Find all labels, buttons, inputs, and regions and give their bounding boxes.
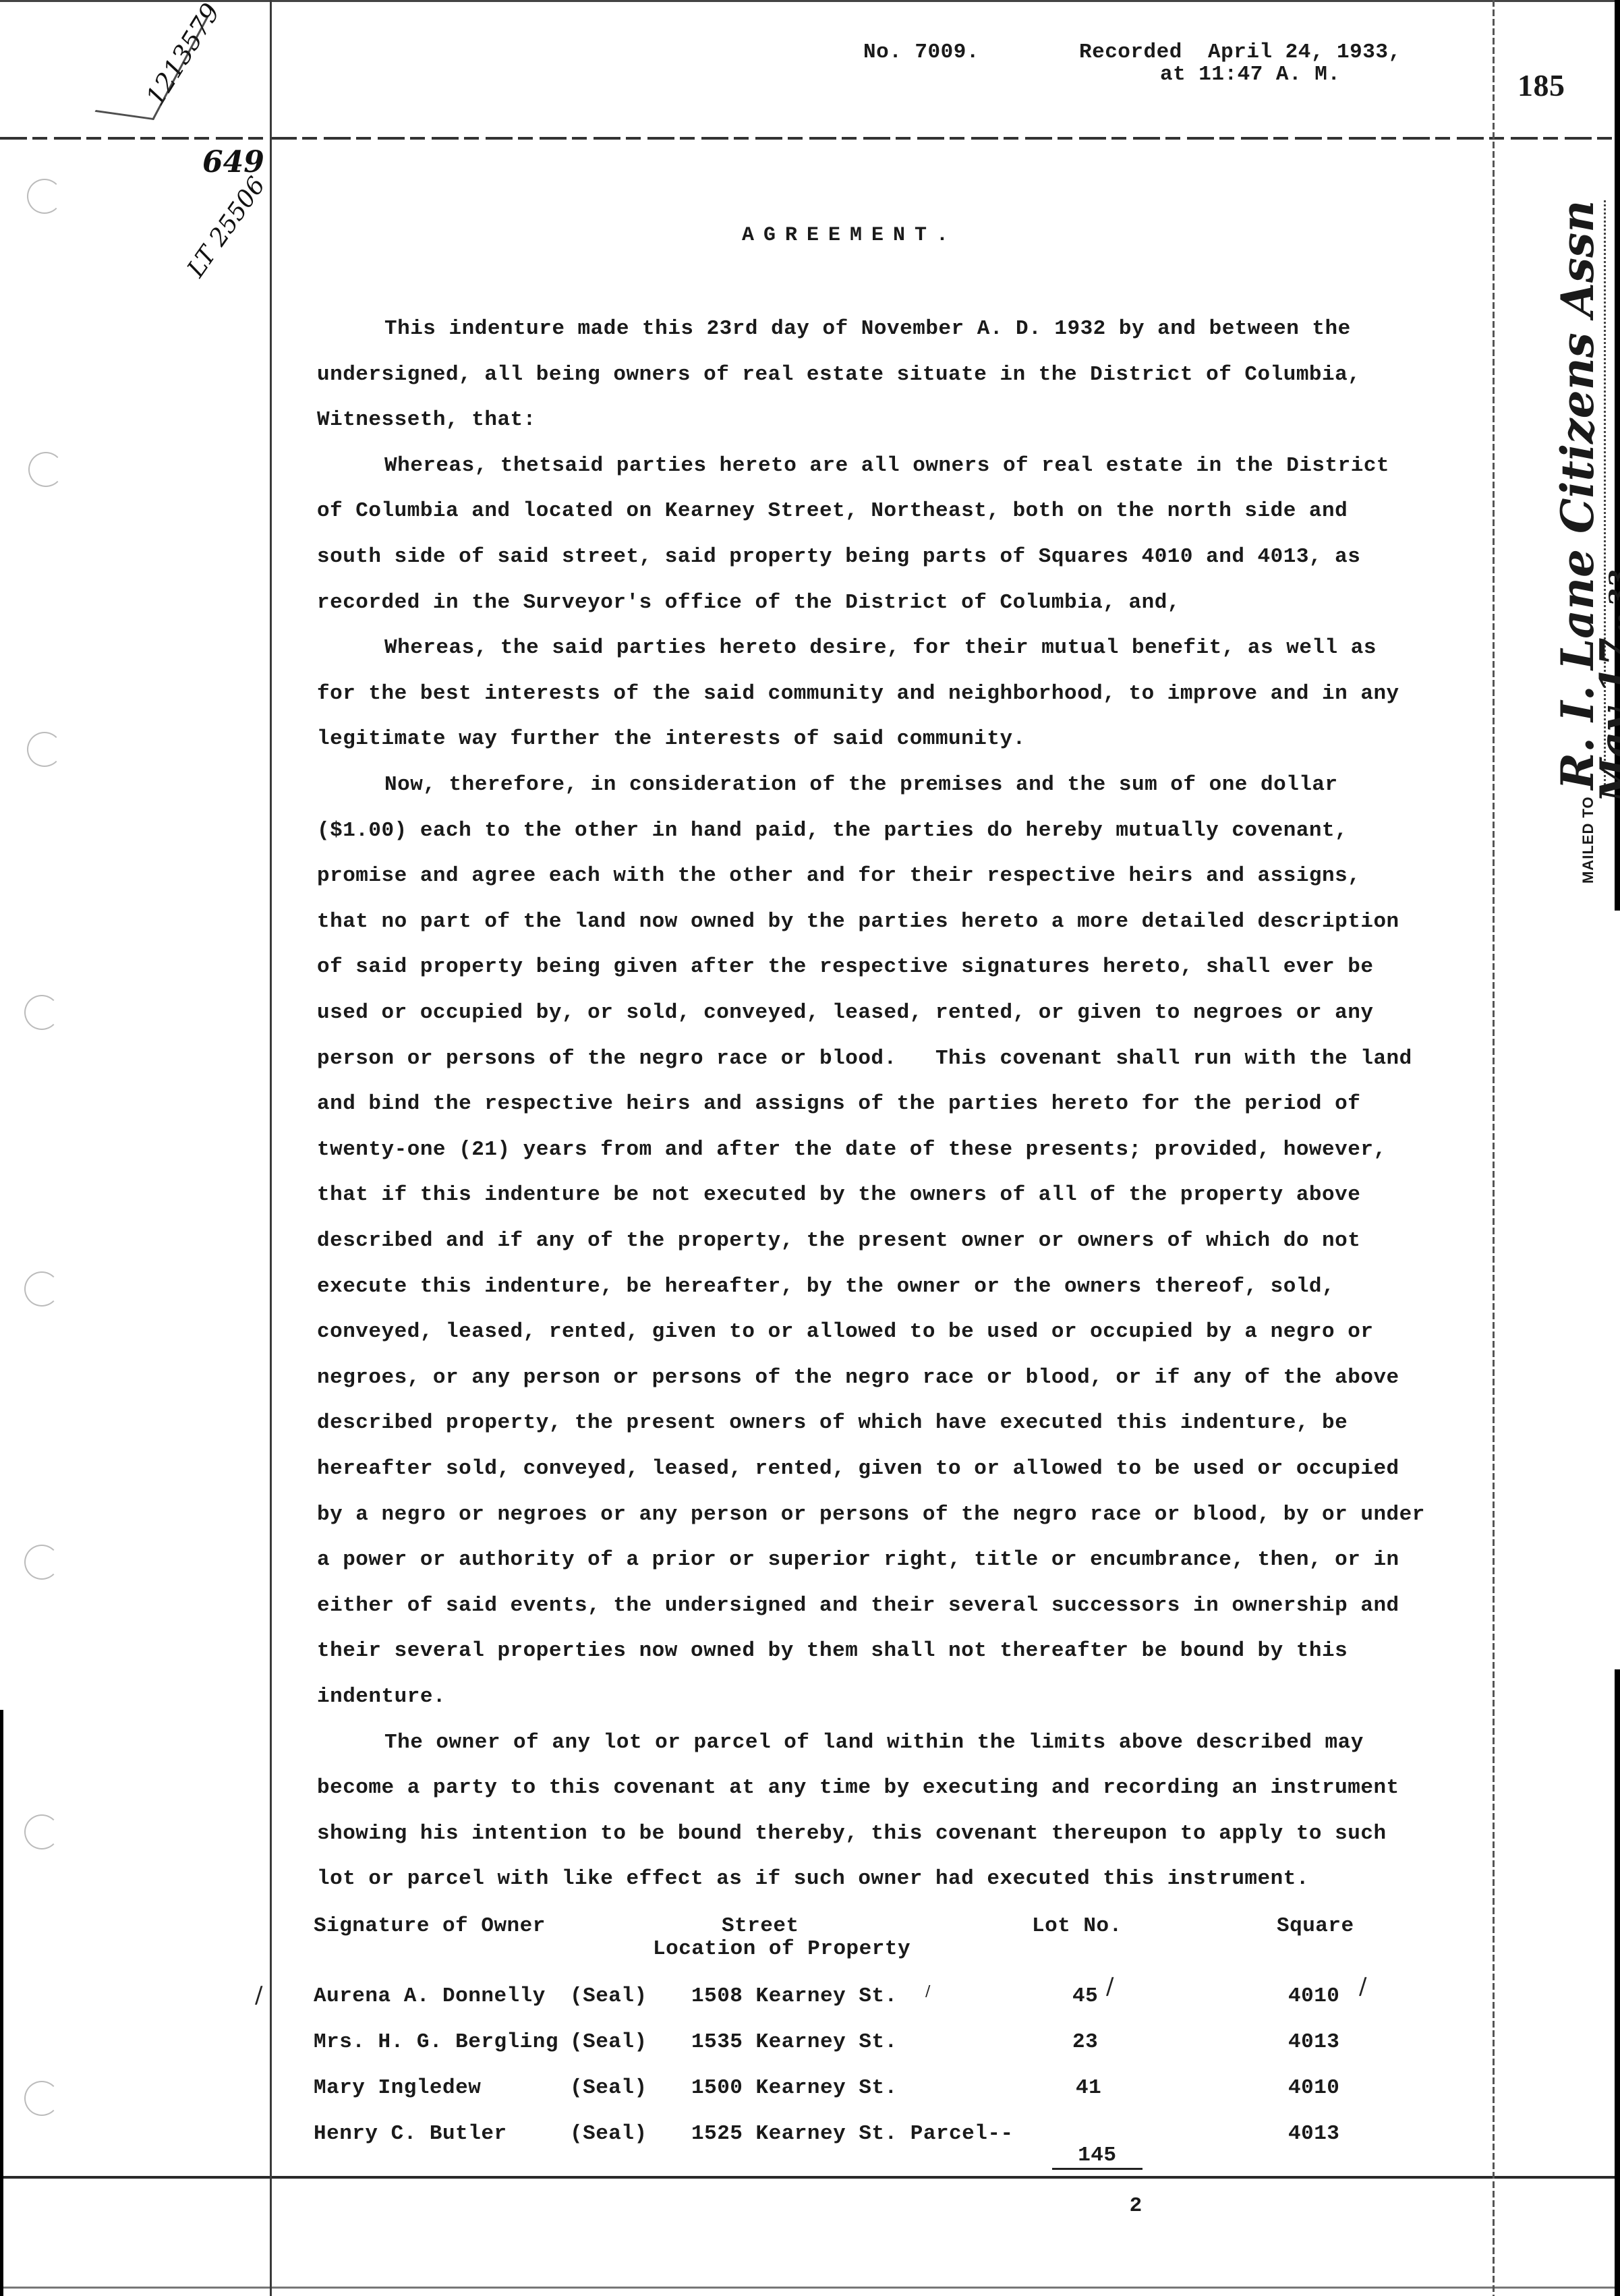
col-header-owner: Signature of Owner [314,1914,546,1938]
handwritten-folio: 649 [202,145,264,179]
top-edge-rule [0,0,1620,2]
body-text-line: described property, the present owners o… [317,1411,1348,1435]
punch-hole [24,995,59,1030]
owner-name: Henry C. Butler [314,2122,507,2146]
body-text-line: south side of said street, said property… [317,545,1360,569]
body-text-line: recorded in the Surveyor's office of the… [317,591,1180,614]
body-text-line: ($1.00) each to the other in hand paid, … [317,819,1348,842]
body-text-line: Whereas, the said parties hereto desire,… [384,636,1377,660]
body-text-line: by a negro or negroes or any person or p… [317,1503,1425,1526]
body-text-line: that if this indenture be not executed b… [317,1183,1360,1207]
lot-number-fraction: 145 2 [1052,2095,1142,2243]
mailed-to-label: MAILED TO [1580,796,1596,884]
body-text-line: promise and agree each with the other an… [317,864,1360,888]
checkmark-icon: ∕ [255,1982,262,2009]
bottom-rule [0,2176,1620,2179]
body-text-line: that no part of the land now owned by th… [317,910,1399,934]
body-text-line: undersigned, all being owners of real es… [317,363,1360,386]
mailed-year-suffix: 33 [1604,569,1620,607]
lot-number: 45 [1072,1984,1098,2008]
body-text-line: This indenture made this 23rd day of Nov… [384,317,1351,341]
punch-hole [24,1814,59,1849]
checkmark-icon: ∕ [1106,1973,1113,2000]
mailed-year-prefix: 19 [1615,613,1620,631]
owner-name: Mary Ingledew [314,2076,481,2100]
body-text-line: for the best interests of the said commu… [317,682,1399,706]
body-text-line: execute this indenture, be hereafter, by… [317,1275,1335,1298]
col-header-lot: Lot No. [1032,1914,1122,1938]
square-number: 4013 [1288,2122,1339,2146]
punch-hole [24,1271,59,1307]
property-street: 1525 Kearney St. Parcel-- [691,2122,1014,2146]
property-street: 1508 Kearney St. [691,1984,898,2008]
square-number: 4010 [1288,1984,1339,2008]
lot-number: 23 [1072,2030,1098,2054]
property-street: 1500 Kearney St. [691,2076,898,2100]
document-title: AGREEMENT. [742,224,958,247]
col-header-street: Street [722,1914,799,1938]
handwritten-lt-number: LT 25506 [182,172,271,283]
punch-hole [24,1545,59,1580]
bottom-edge-rule [0,2287,1620,2289]
top-rule [0,137,1620,140]
page-number: 185 [1517,67,1565,103]
seal-label: (Seal) [570,1984,647,2008]
recorded-date: Recorded April 24, 1933, [1079,40,1401,64]
instrument-number: No. 7009. [863,40,979,64]
property-street: 1535 Kearney St. [691,2030,898,2054]
col-header-square: Square [1277,1914,1354,1938]
body-text-line: Witnesseth, that: [317,408,536,432]
body-text-line: conveyed, leased, rented, given to or al… [317,1320,1373,1344]
punch-hole [24,2081,59,2116]
square-number: 4010 [1288,2076,1339,2100]
body-text-line: hereafter sold, conveyed, leased, rented… [317,1457,1399,1481]
body-text-line: Whereas, thetsaid parties hereto are all… [384,454,1389,478]
deed-record-page: 1213579 649 LT 25506 No. 7009. Recorded … [0,0,1620,2296]
checkmark-icon: ∕ [925,1983,930,2000]
body-text-line: either of said events, the undersigned a… [317,1594,1399,1617]
body-text-line: used or occupied by, or sold, conveyed, … [317,1001,1373,1025]
body-text-line: a power or authority of a prior or super… [317,1548,1399,1572]
body-text-line: their several properties now owned by th… [317,1639,1348,1663]
right-margin-line [1493,0,1495,2296]
body-text-line: of Columbia and located on Kearney Stree… [317,499,1348,523]
mailed-date: May 17 [1592,637,1620,803]
body-text-line: showing his intention to be bound thereb… [317,1822,1387,1845]
punch-hole [27,732,62,767]
square-number: 4013 [1288,2030,1339,2054]
left-margin-line [270,0,272,2296]
lot-denominator: 2 [1130,2194,1142,2218]
mailed-date-line: May 17 [1592,637,1620,803]
punch-hole [28,452,63,487]
owner-name: Mrs. H. G. Bergling [314,2030,558,2054]
body-text-line: indenture. [317,1685,446,1709]
lot-numerator: 145 [1052,2144,1142,2170]
owner-name: Aurena A. Donnelly [314,1984,546,2008]
body-text-line: twenty-one (21) years from and after the… [317,1138,1387,1161]
col-header-street-sub: Location of Property [653,1937,910,1961]
punch-hole [27,179,62,214]
body-text-line: described and if any of the property, th… [317,1229,1360,1253]
body-text-line: legitimate way further the interests of … [317,727,1026,751]
body-text-line: become a party to this covenant at any t… [317,1776,1399,1800]
recorded-time: at 11:47 A. M. [1160,63,1340,86]
body-text-line: person or persons of the negro race or b… [317,1047,1412,1070]
body-text-line: lot or parcel with like effect as if suc… [317,1867,1309,1891]
seal-label: (Seal) [570,2076,647,2100]
body-text-line: Now, therefore, in consideration of the … [384,773,1338,797]
left-scan-border-bottom [0,1710,3,2296]
right-scan-border-bottom [1615,1669,1620,2296]
body-text-line: of said property being given after the r… [317,955,1373,979]
body-text-line: and bind the respective heirs and assign… [317,1092,1360,1116]
body-text-line: The owner of any lot or parcel of land w… [384,1731,1364,1754]
seal-label: (Seal) [570,2030,647,2054]
seal-label: (Seal) [570,2122,647,2146]
mailed-date-stamp: May 17 19 33 [1592,569,1620,803]
checkmark-icon: ∕ [1359,1973,1366,2000]
body-text-line: negroes, or any person or persons of the… [317,1366,1399,1389]
